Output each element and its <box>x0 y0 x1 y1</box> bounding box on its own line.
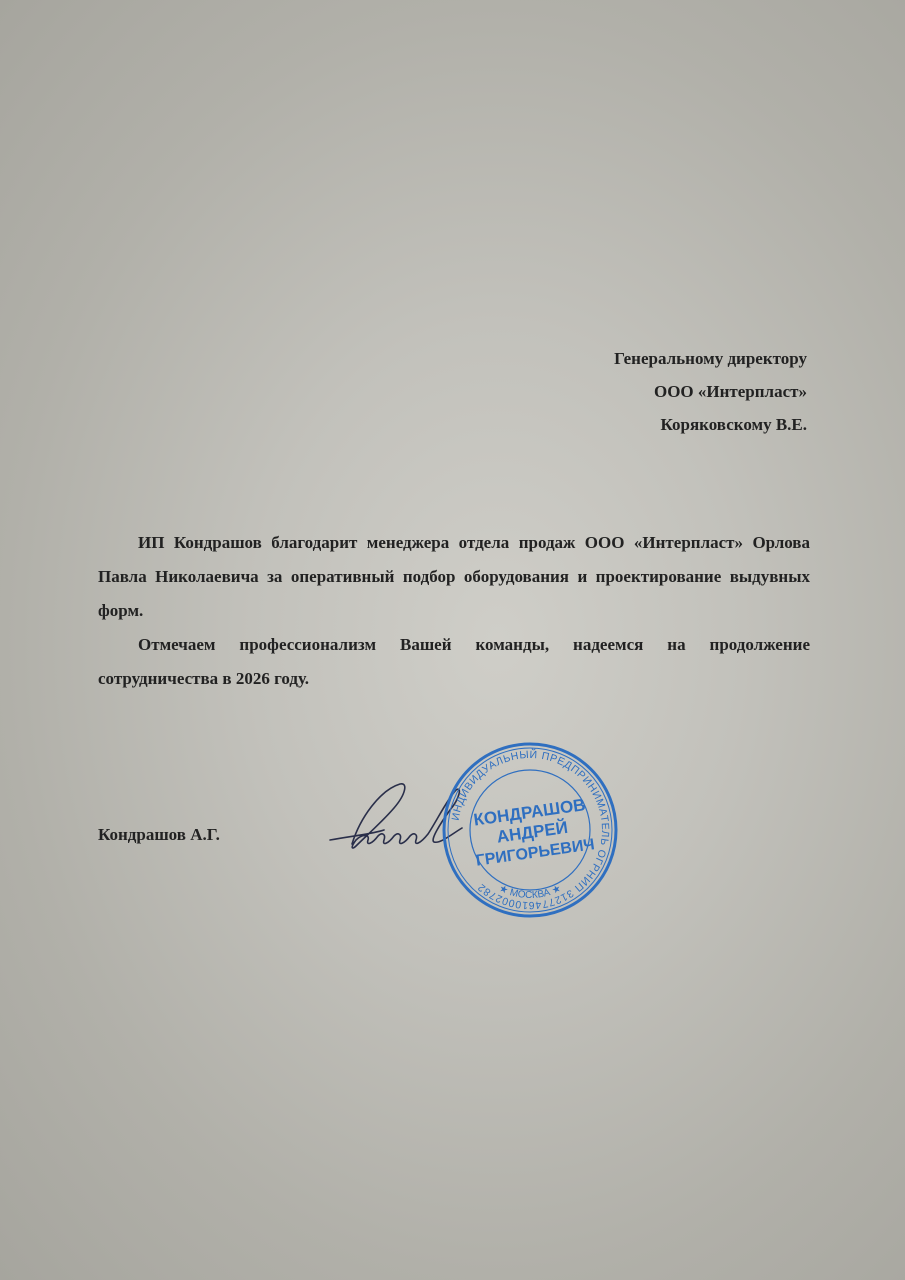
addressee-block: Генеральному директору ООО «Интерпласт» … <box>614 342 807 441</box>
letter-page: Генеральному директору ООО «Интерпласт» … <box>0 0 905 1280</box>
addressee-name: Коряковскому В.Е. <box>614 408 807 441</box>
body-paragraph-cooperation: Отмечаем профессионализм Вашей команды, … <box>98 628 810 696</box>
body-paragraph-gratitude: ИП Кондрашов благодарит менеджера отдела… <box>98 526 810 628</box>
company-stamp-icon: ИНДИВИДУАЛЬНЫЙ ПРЕДПРИНИМАТЕЛЬ ОГРНИП 31… <box>440 740 620 920</box>
letter-body: ИП Кондрашов благодарит менеджера отдела… <box>98 526 810 696</box>
signatory-name: Кондрашов А.Г. <box>98 825 220 845</box>
addressee-position: Генеральному директору <box>614 342 807 375</box>
addressee-company: ООО «Интерпласт» <box>614 375 807 408</box>
